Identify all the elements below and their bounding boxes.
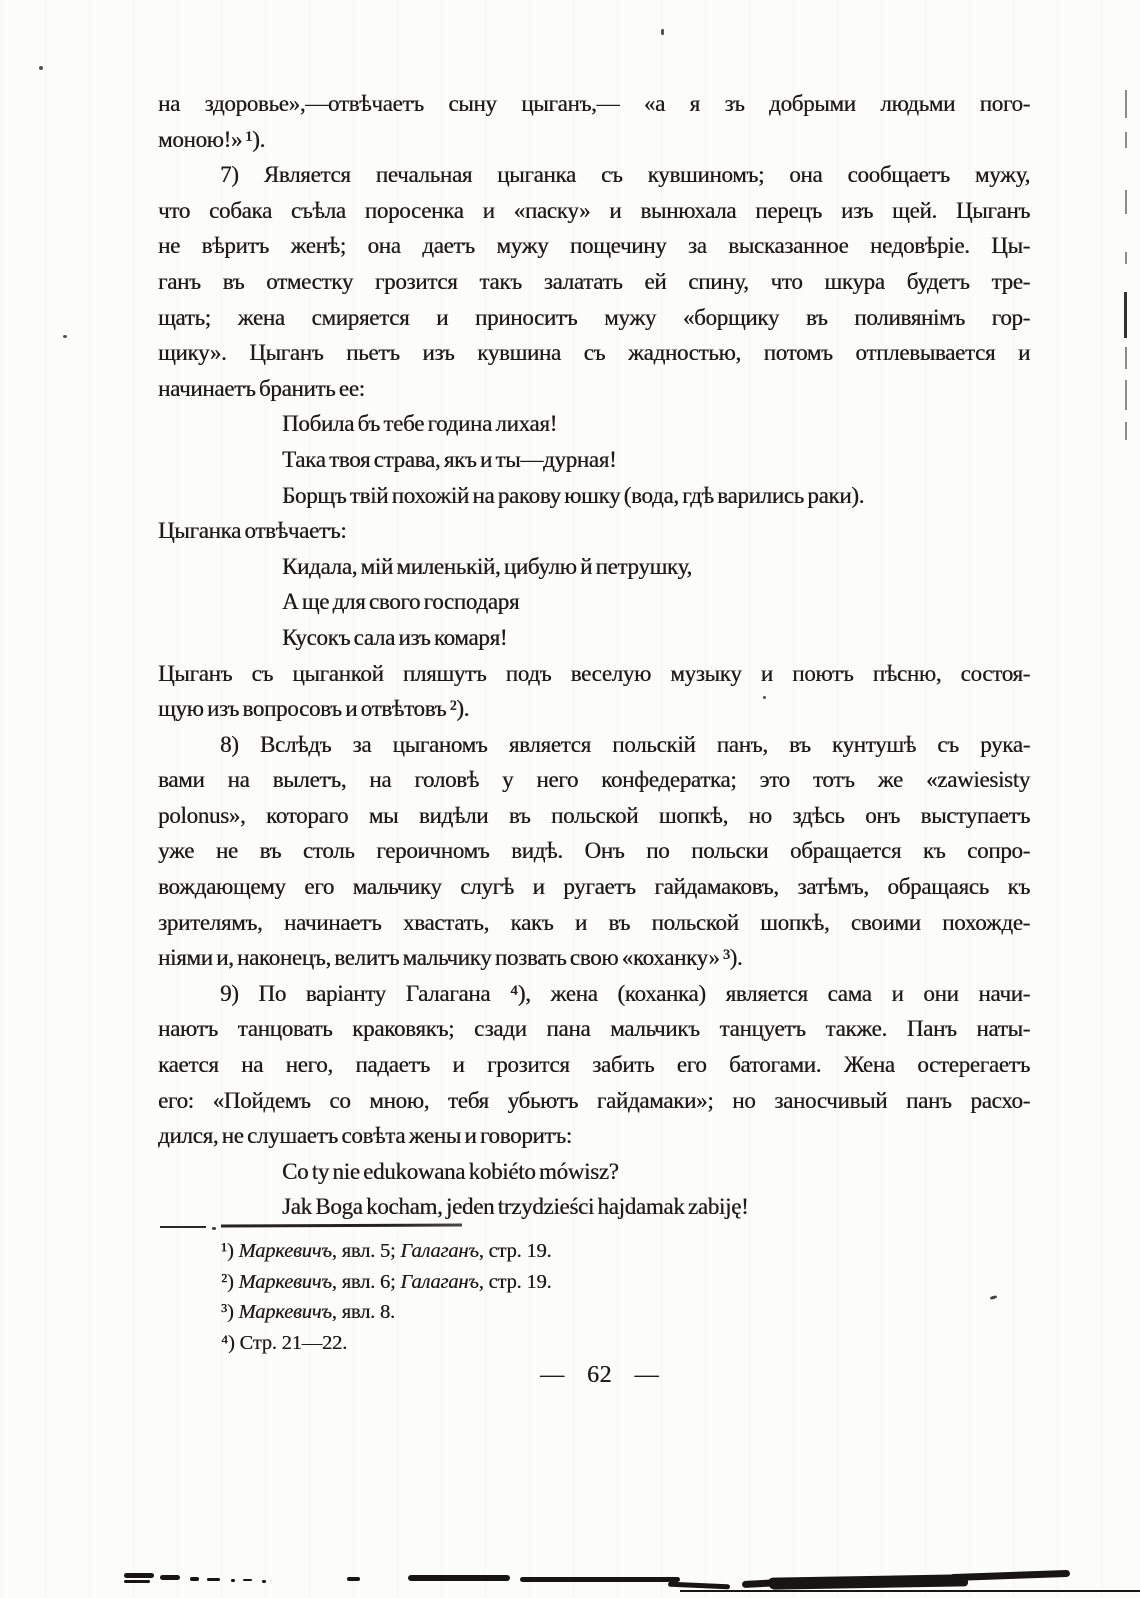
ink-smudge [243, 1579, 252, 1581]
footnote-text: , явл. 8. [332, 1301, 395, 1323]
body-line: не вѣритъ женѣ; она даетъ мужу пощечину … [158, 228, 1030, 264]
scan-edge-mark [1125, 90, 1127, 118]
ink-smudge [408, 1575, 510, 1581]
body-line: Co ty nie edukowana kobiéto mówisz? [158, 1154, 1030, 1190]
footnote-line: ²) Маркевичъ, явл. 6; Галаганъ, стр. 19. [158, 1267, 1030, 1298]
ink-smudge [207, 1578, 220, 1581]
body-line: Цыганъ съ цыганкой пляшутъ подъ веселую … [158, 656, 1030, 692]
ink-smudge [950, 1570, 1070, 1581]
body-line: Кусокъ сала изъ комаря! [158, 620, 1030, 656]
footnote-line: ¹) Маркевичъ, явл. 5; Галаганъ, стр. 19. [158, 1236, 1030, 1267]
ink-smudge [262, 1580, 266, 1583]
ink-smudge [768, 1574, 968, 1589]
footnote-text: ³) [221, 1301, 239, 1323]
body-line: наютъ танцовать краковякъ; сзади пана ма… [158, 1011, 1030, 1047]
footnote-text: ²) [221, 1271, 239, 1293]
ink-smudge [124, 1580, 150, 1583]
footnote-source-name: Маркевичъ [239, 1301, 332, 1323]
scan-edge-mark [1125, 190, 1127, 214]
body-line: 9) По варіанту Галагана ⁴), жена (коханк… [158, 976, 1030, 1012]
body-line: Кидала, мій миленькій, цибулю й петрушку… [158, 549, 1030, 585]
body-line: 7) Является печальная цыганка съ кувшино… [158, 157, 1030, 193]
ink-smudge [190, 1577, 199, 1581]
footnote-text: ⁴) [221, 1332, 240, 1354]
body-line: вами на вылетъ, на головѣ у него конфеде… [158, 762, 1030, 798]
body-line: на здоровье»,—отвѣчаетъ сыну цыганъ,— «а… [158, 86, 1030, 122]
body-line: что собака съѣла поросенка и «паску» и в… [158, 193, 1030, 229]
ink-smudge [668, 1582, 730, 1590]
ink-smudge [124, 1573, 154, 1578]
footnote-text: , стр. 19. [479, 1240, 552, 1262]
body-line: дился, не слушаетъ совѣта жены и говорит… [158, 1118, 1030, 1154]
footnote-text: , явл. 5; [332, 1240, 401, 1262]
scan-edge-mark [1125, 422, 1127, 440]
footnote-source-name: Маркевичъ [239, 1240, 332, 1262]
body-line: А ще для свого господаря [158, 584, 1030, 620]
body-line: ганъ въ отместку грозится такъ залатать … [158, 264, 1030, 300]
page-number: — 62 — [540, 1362, 659, 1389]
ink-smudge [680, 1590, 1140, 1592]
body-line: polonus», котораго мы видѣли въ польской… [158, 798, 1030, 834]
body-line: начинаетъ бранить ее: [158, 371, 1030, 407]
scan-edge-mark [1125, 252, 1127, 264]
ink-smudge [347, 1577, 360, 1581]
footnote-line: ⁴) Стр. 21—22. [158, 1328, 1030, 1359]
body-line: 8) Вслѣдъ за цыганомъ является польскій … [158, 727, 1030, 763]
body-line: Борщъ твій похожій на ракову юшку (вода,… [158, 478, 1030, 514]
paper-speck [763, 696, 766, 699]
footnote-source-name: Галаганъ [400, 1271, 478, 1293]
body-line: зрителямъ, начинаетъ хвастать, какъ и въ… [158, 905, 1030, 941]
footnote-text: , явл. 6; [332, 1271, 401, 1293]
footnote-separator-short-rule [160, 1226, 206, 1228]
footnote-source-name: Маркевичъ [239, 1271, 332, 1293]
body-line: Цыганка отвѣчаетъ: [158, 513, 1030, 549]
ink-smudge [520, 1577, 680, 1582]
footnotes: ¹) Маркевичъ, явл. 5; Галаганъ, стр. 19.… [158, 1236, 1030, 1358]
footnote-text: , стр. 19. [479, 1271, 552, 1293]
footnote-separator-dot [212, 1227, 216, 1230]
book-page: на здоровье»,—отвѣчаетъ сыну цыганъ,— «а… [0, 0, 1140, 1598]
body-line: щать; жена смиряется и приноситъ мужу «б… [158, 300, 1030, 336]
footnote-line: ³) Маркевичъ, явл. 8. [158, 1297, 1030, 1328]
footnote-separator-rule [221, 1223, 462, 1227]
paper-speck [661, 29, 664, 35]
body-line: моною!» ¹). [158, 122, 1030, 158]
paper-speck [63, 335, 67, 338]
paper-speck [39, 66, 43, 70]
scan-edge-mark [1125, 380, 1127, 410]
body-line: щику». Цыганъ пьетъ изъ кувшина съ жадно… [158, 335, 1030, 371]
scan-edge-mark [1125, 132, 1127, 148]
footnote-text: ¹) [221, 1240, 239, 1262]
body-line: Jak Boga kocham, jeden trzydzieści hajda… [158, 1189, 1030, 1225]
ink-smudge [160, 1575, 180, 1580]
footnote-source-name: Галаганъ [400, 1240, 478, 1262]
scan-edge-mark [1125, 347, 1127, 369]
body-line: кается на него, падаетъ и грозится забит… [158, 1047, 1030, 1083]
body-line: Така твоя страва, якъ и ты—дурная! [158, 442, 1030, 478]
body-line: ніями и, наконецъ, велитъ мальчику позва… [158, 940, 1030, 976]
body-line: его: «Пойдемъ со мною, тебя убьютъ гайда… [158, 1083, 1030, 1119]
body-line: Побила бъ тебе година лихая! [158, 406, 1030, 442]
ink-smudge [231, 1579, 235, 1582]
body-line: вождающему его мальчику слугѣ и ругаетъ … [158, 869, 1030, 905]
body-line: щую изъ вопросовъ и отвѣтовъ ²). [158, 691, 1030, 727]
body-text: на здоровье»,—отвѣчаетъ сыну цыганъ,— «а… [158, 86, 1030, 1225]
footnote-text: Стр. 21—22. [240, 1332, 348, 1354]
scan-edge-mark [1124, 292, 1127, 338]
body-line: уже не въ столь героичномъ видѣ. Онъ по … [158, 833, 1030, 869]
